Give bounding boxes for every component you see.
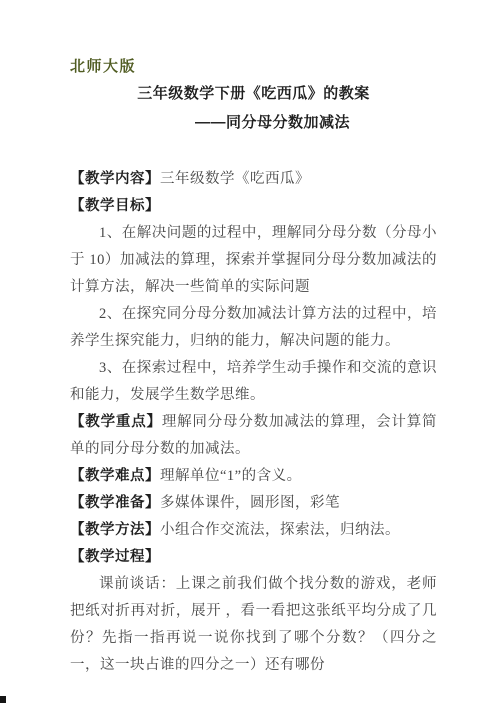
paragraph: 1、在解决问题的过程中，理解同分母分数（分母小于 10）加减法的算理，探索并掌握… bbox=[70, 220, 437, 301]
section-label: 【教学内容】 bbox=[70, 171, 160, 187]
section-label: 【教学准备】 bbox=[70, 495, 160, 511]
paragraph: 【教学准备】多媒体课件，圆形图，彩笔 bbox=[70, 490, 437, 517]
section-label: 【教学过程】 bbox=[70, 549, 160, 565]
page-corner-mark bbox=[0, 696, 6, 703]
section-label: 【教学目标】 bbox=[70, 198, 160, 214]
document-body: 【教学内容】三年级数学《吃西瓜》【教学目标】1、在解决问题的过程中，理解同分母分… bbox=[70, 166, 437, 679]
section-label: 【教学重点】 bbox=[70, 414, 162, 430]
edition-label: 北师大版 bbox=[70, 58, 437, 76]
paragraph: 3、在探索过程中，培养学生动手操作和交流的意识和能力，发展学生数学思维。 bbox=[70, 355, 437, 409]
paragraph: 【教学过程】 bbox=[70, 544, 437, 571]
section-text: 多媒体课件，圆形图，彩笔 bbox=[160, 495, 340, 511]
paragraph: 【教学难点】理解单位“1”的含义。 bbox=[70, 463, 437, 490]
section-text: 理解单位“1”的含义。 bbox=[160, 468, 302, 484]
paragraph: 2、在探究同分母分数加减法计算方法的过程中，培养学生探究能力，归纳的能力，解决问… bbox=[70, 301, 437, 355]
paragraph: 【教学方法】小组合作交流法，探索法，归纳法。 bbox=[70, 517, 437, 544]
section-text: 小组合作交流法，探索法，归纳法。 bbox=[160, 522, 400, 538]
section-label: 【教学难点】 bbox=[70, 468, 160, 484]
paragraph: 课前谈话：上课之前我们做个找分数的游戏，老师把纸对折再对折，展开 ，看一看把这张… bbox=[70, 571, 437, 679]
paragraph: 【教学内容】三年级数学《吃西瓜》 bbox=[70, 166, 437, 193]
paragraph: 【教学目标】 bbox=[70, 193, 437, 220]
section-text: 3、在探索过程中，培养学生动手操作和交流的意识和能力，发展学生数学思维。 bbox=[70, 360, 437, 403]
section-text: 课前谈话：上课之前我们做个找分数的游戏，老师把纸对折再对折，展开 ，看一看把这张… bbox=[70, 576, 437, 673]
section-text: 三年级数学《吃西瓜》 bbox=[160, 171, 310, 187]
paragraph: 【教学重点】理解同分母分数加减法的算理，会计算简单的同分母分数的加减法。 bbox=[70, 409, 437, 463]
section-label: 【教学方法】 bbox=[70, 522, 160, 538]
page-subtitle: ——同分母分数加减法 bbox=[108, 114, 437, 132]
page-title: 三年级数学下册《吃西瓜》的教案 bbox=[70, 85, 437, 103]
section-text: 2、在探究同分母分数加减法计算方法的过程中，培养学生探究能力，归纳的能力，解决问… bbox=[70, 306, 437, 349]
document-page: 北师大版 三年级数学下册《吃西瓜》的教案 ——同分母分数加减法 【教学内容】三年… bbox=[0, 0, 500, 707]
section-text: 1、在解决问题的过程中，理解同分母分数（分母小于 10）加减法的算理，探索并掌握… bbox=[70, 225, 437, 295]
